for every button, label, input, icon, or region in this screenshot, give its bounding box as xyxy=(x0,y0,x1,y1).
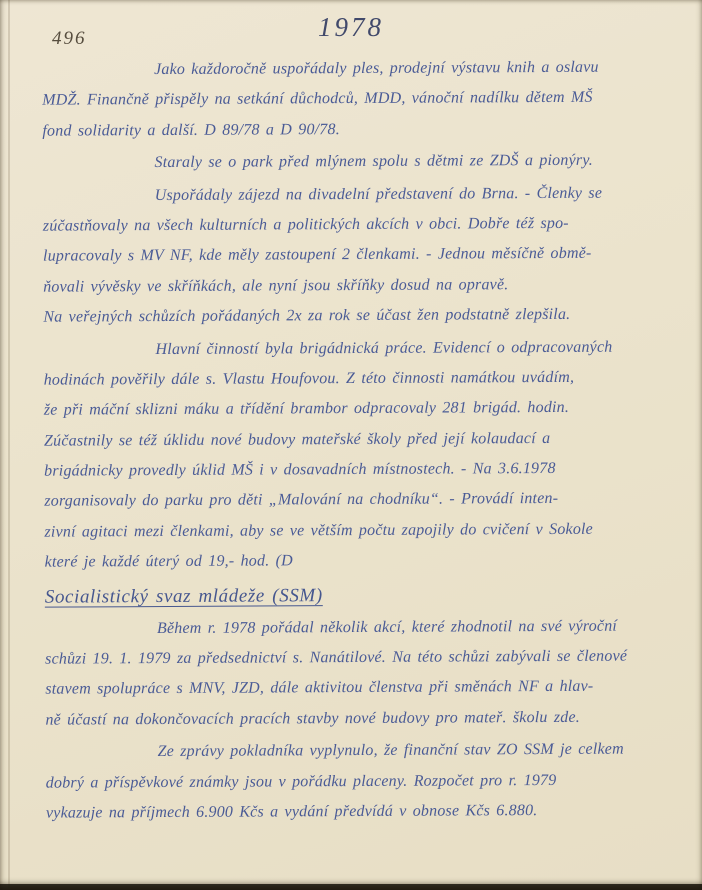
text-line: Jako každoročně uspořádaly ples, prodejn… xyxy=(42,52,668,86)
text-line: brigádnicky provedly úklid MŠ i v dosava… xyxy=(44,453,670,487)
text-line: schůzi 19. 1. 1979 za předsednictví s. N… xyxy=(45,641,671,675)
text-line: Uspořádaly zájezd na divadelní představe… xyxy=(43,178,669,212)
text-line: které je každé úterý od 19,- hod. (D xyxy=(45,545,671,579)
manuscript-page: 496 1978 Jako každoročně uspořádaly ples… xyxy=(0,0,702,890)
text-line: ně účastí na dokončovacích pracích stavb… xyxy=(45,702,671,736)
paragraph: Jako každoročně uspořádaly ples, prodejn… xyxy=(42,52,668,146)
text-line: Během r. 1978 pořádal několik akcí, kter… xyxy=(45,611,671,645)
text-line: že při máční sklizni máku a třídění bram… xyxy=(44,393,670,427)
text-line: dobrý a příspěvkové známky jsou v pořádk… xyxy=(46,765,672,799)
text-line: Staraly se o park před mlýnem spolu s dě… xyxy=(42,146,668,180)
text-line: ňovali vývěsky ve skříňkách, ale nyní js… xyxy=(43,269,669,303)
text-line: Ze zprávy pokladníka vyplynulo, že finan… xyxy=(46,735,672,769)
paragraph: Uspořádaly zájezd na divadelní představe… xyxy=(43,178,670,333)
text-line: zúčastňovaly na všech kulturních a polit… xyxy=(43,208,669,242)
text-line: fond solidarity a další. D 89/78 a D 90/… xyxy=(42,113,668,147)
text-line: MDŽ. Finančně přispěly na setkání důchod… xyxy=(42,83,668,117)
section-heading: Socialistický svaz mládeže (SSM) xyxy=(45,578,671,612)
text-line: Na veřejných schůzích pořádaných 2x za r… xyxy=(43,299,669,333)
text-line: Hlavní činností byla brigádnická práce. … xyxy=(43,332,669,366)
text-line: lupracovaly s MV NF, kde měly zastoupení… xyxy=(43,239,669,273)
handwritten-body: Jako každoročně uspořádaly ples, prodejn… xyxy=(42,52,672,831)
year-heading: 1978 xyxy=(0,12,702,43)
paragraph: Ze zprávy pokladníka vyplynulo, že finan… xyxy=(46,735,672,829)
text-line: zivní agitaci mezi členkami, aby se ve v… xyxy=(44,514,670,548)
text-line: vykazuje na příjmech 6.900 Kčs a vydání … xyxy=(46,795,672,829)
text-line: zorganisovaly do parku pro děti „Malován… xyxy=(44,484,670,518)
text-line: stavem spolupráce s MNV, JZD, dále aktiv… xyxy=(45,672,671,706)
paragraph: Během r. 1978 pořádal několik akcí, kter… xyxy=(45,611,672,736)
text-line: hodinách pověřily dále s. Vlastu Houfovo… xyxy=(44,362,670,396)
paragraph: Staraly se o park před mlýnem spolu s dě… xyxy=(42,146,668,180)
text-line: Zúčastnily se též úklidu nové budovy mat… xyxy=(44,423,670,457)
paragraph: Hlavní činností byla brigádnická práce. … xyxy=(43,332,670,578)
